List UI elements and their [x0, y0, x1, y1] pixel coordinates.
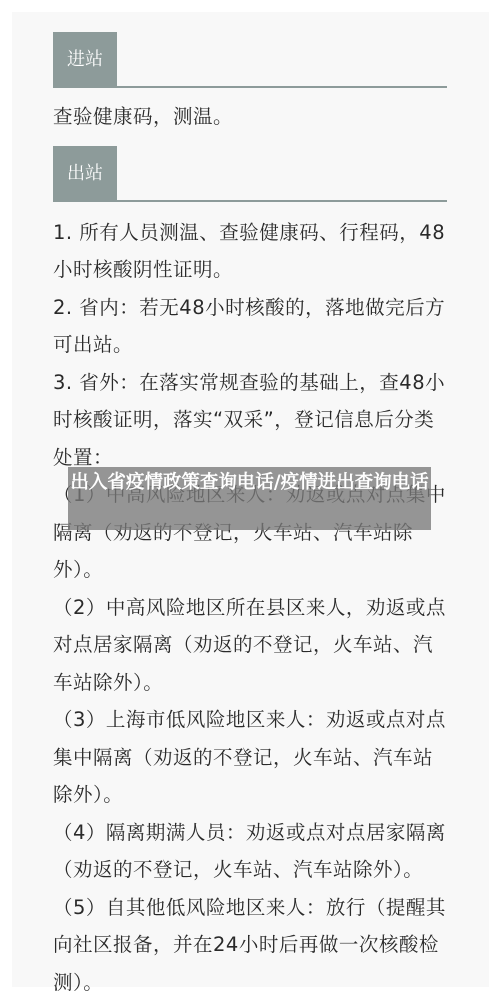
section-header-enter: 进站 [53, 32, 448, 88]
paragraph: 2. 省内：若无48小时核酸的，落地做完后方可出站。 [53, 289, 448, 364]
section-underline [117, 86, 447, 88]
paragraph: （4）隔离期满人员：劝返或点对点居家隔离（劝返的不登记，火车站、汽车站除外）。 [53, 814, 448, 889]
paragraph: 1. 所有人员测温、查验健康码、行程码，48小时核酸阴性证明。 [53, 214, 448, 289]
section-title: 进站 [53, 32, 117, 88]
paragraph: 查验健康码，测温。 [53, 98, 448, 136]
section-header-exit: 出站 [53, 146, 448, 202]
section-title: 出站 [53, 146, 117, 202]
section-underline [117, 200, 447, 202]
paragraph: （3）上海市低风险地区来人：劝返或点对点集中隔离（劝返的不登记，火车站、汽车站除… [53, 701, 448, 814]
paragraph: （5）自其他低风险地区来人：放行（提醒其向社区报备，并在24小时后再做一次核酸检… [53, 889, 448, 997]
caption-text: 出入省疫情政策查询电话/疫情进出查询电话 [68, 470, 431, 496]
paragraph: 3. 省外：在落实常规查验的基础上，查48小时核酸证明，落实“双采”，登记信息后… [53, 364, 448, 477]
paragraph: （2）中高风险地区所在县区来人，劝返或点对点居家隔离（劝返的不登记，火车站、汽车… [53, 589, 448, 702]
